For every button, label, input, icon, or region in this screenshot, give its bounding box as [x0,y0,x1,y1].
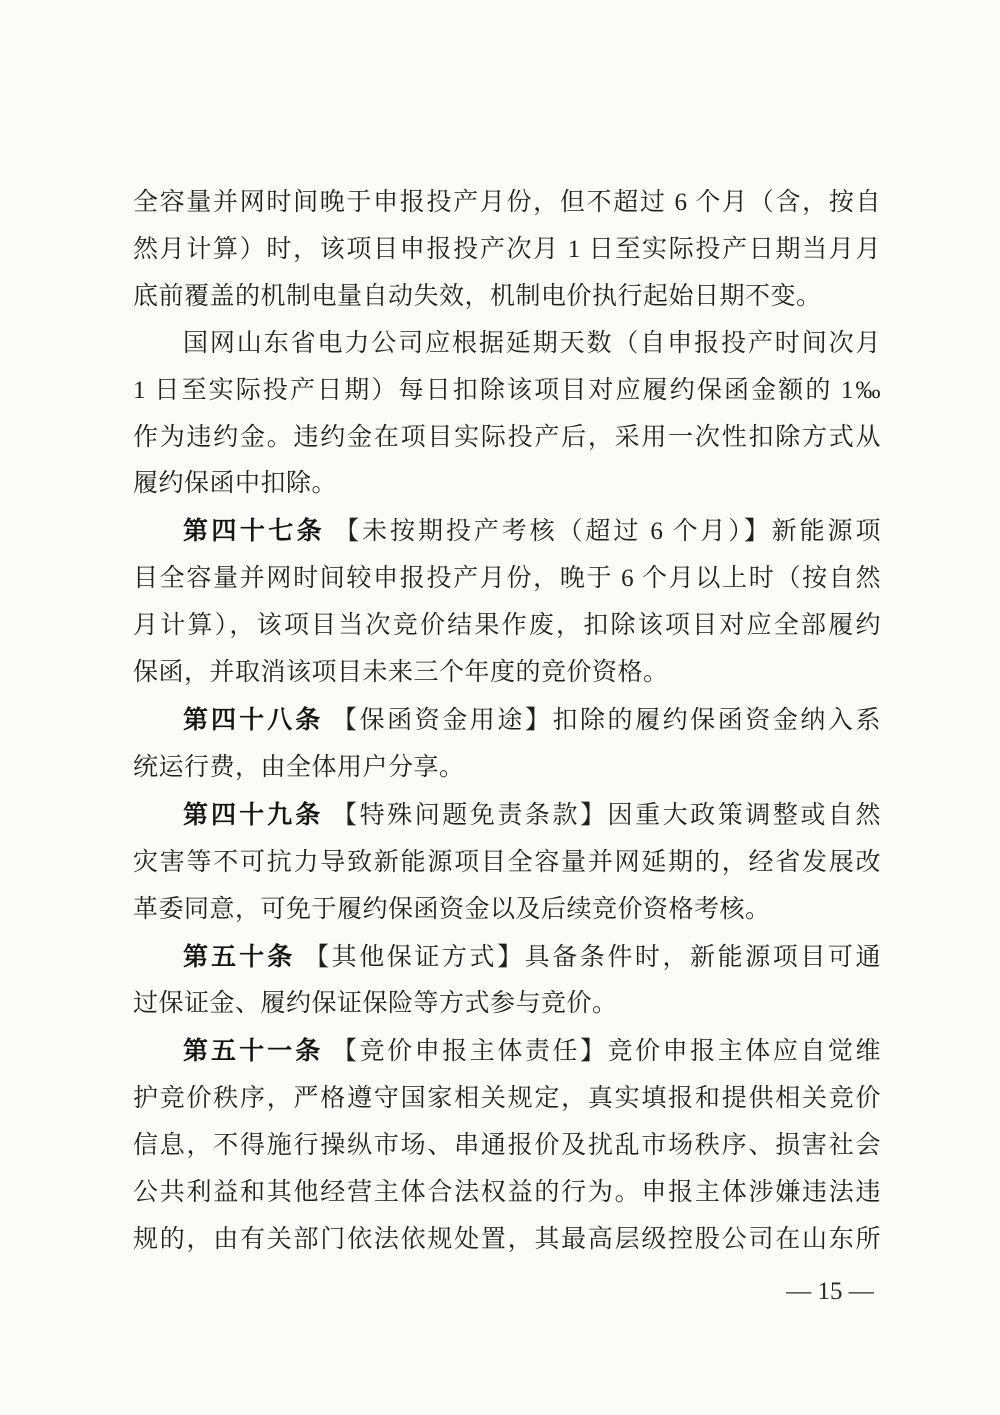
text-segment: 【保函资金用途】扣除的履约保函资金纳入系 [323,707,881,734]
page-number: — 15 — [786,1278,874,1305]
paragraph: 国网山东省电力公司应根据延期天数（自申报投产时间次月1 日至实际投产日期）每日扣… [133,321,881,509]
page-footer: — 15 — [770,1276,890,1308]
text-segment: 【未按期投产考核（超过 6 个月）】新能源项 [325,518,881,545]
text-segment: 底前覆盖的机制电量自动失效，机制电价执行起始日期不变。 [133,283,822,310]
text-line: 第四十九条 【特殊问题免责条款】因重大政策调整或自然 [133,792,881,840]
text-segment: 规的，由有关部门依法依规处置，其最高层级控股公司在山东所 [133,1226,881,1253]
text-segment: 目全容量并网时间较申报投产月份，晚于 6 个月以上时（按自然 [133,565,881,592]
text-segment: 公共利益和其他经营主体合法权益的行为。申报主体涉嫌违法违 [133,1179,881,1206]
text-line: 第四十七条 【未按期投产考核（超过 6 个月）】新能源项 [133,508,881,556]
document-body: 全容量并网时间晚于申报投产月份，但不超过 6 个月（含，按自然月计算）时，该项目… [133,180,881,1264]
text-line: 目全容量并网时间较申报投产月份，晚于 6 个月以上时（按自然 [133,556,881,603]
text-line: 然月计算）时，该项目申报投产次月 1 日至实际投产日期当月月 [133,227,881,274]
text-line: 护竞价秩序，严格遵守国家相关规定，真实填报和提供相关竞价 [133,1076,881,1123]
text-line: 底前覆盖的机制电量自动失效，机制电价执行起始日期不变。 [133,274,881,321]
article-number: 第五十一条 [183,1037,323,1065]
paragraph: 第四十八条 【保函资金用途】扣除的履约保函资金纳入系统运行费，由全体用户分享。 [133,697,881,792]
text-segment: 【特殊问题免责条款】因重大政策调整或自然 [323,802,881,829]
text-line: 第五十条 【其他保证方式】具备条件时，新能源项目可通 [133,934,881,982]
text-segment: 过保证金、履约保证保险等方式参与竞价。 [133,990,618,1017]
text-segment: 信息，不得施行操纵市场、串通报价及扰乱市场秩序、损害社会 [133,1132,881,1159]
text-segment: 履约保函中扣除。 [133,470,337,497]
text-segment: 作为违约金。违约金在项目实际投产后，采用一次性扣除方式从 [133,424,881,451]
text-line: 第五十一条 【竞价申报主体责任】竞价申报主体应自觉维 [133,1028,881,1076]
text-line: 统运行费，由全体用户分享。 [133,745,881,792]
text-line: 月计算），该项目当次竞价结果作废，扣除该项目对应全部履约 [133,603,881,650]
paragraph: 第四十九条 【特殊问题免责条款】因重大政策调整或自然灾害等不可抗力导致新能源项目… [133,792,881,934]
paragraph: 第五十一条 【竞价申报主体责任】竞价申报主体应自觉维护竞价秩序，严格遵守国家相关… [133,1028,881,1264]
text-line: 革委同意，可免于履约保函资金以及后续竞价资格考核。 [133,887,881,934]
text-segment: 月计算），该项目当次竞价结果作废，扣除该项目对应全部履约 [133,612,881,639]
paragraph: 第四十七条 【未按期投产考核（超过 6 个月）】新能源项目全容量并网时间较申报投… [133,508,881,697]
paragraph: 全容量并网时间晚于申报投产月份，但不超过 6 个月（含，按自然月计算）时，该项目… [133,180,881,321]
text-segment: 灾害等不可抗力导致新能源项目全容量并网延期的，经省发展改 [133,849,881,876]
text-line: 过保证金、履约保证保险等方式参与竞价。 [133,981,881,1028]
paragraph: 第五十条 【其他保证方式】具备条件时，新能源项目可通过保证金、履约保证保险等方式… [133,934,881,1029]
text-line: 履约保函中扣除。 [133,461,881,508]
article-number: 第四十八条 [183,706,323,734]
text-line: 信息，不得施行操纵市场、串通报价及扰乱市场秩序、损害社会 [133,1123,881,1170]
text-segment: 统运行费，由全体用户分享。 [133,754,465,781]
text-line: 全容量并网时间晚于申报投产月份，但不超过 6 个月（含，按自 [133,180,881,227]
text-line: 1 日至实际投产日期）每日扣除该项目对应履约保函金额的 1‰ [133,368,881,415]
text-line: 公共利益和其他经营主体合法权益的行为。申报主体涉嫌违法违 [133,1170,881,1217]
text-segment: 国网山东省电力公司应根据延期天数（自申报投产时间次月 [183,330,881,357]
article-number: 第五十条 [183,943,295,971]
text-line: 保函，并取消该项目未来三个年度的竞价资格。 [133,650,881,697]
text-segment: 1 日至实际投产日期）每日扣除该项目对应履约保函金额的 1‰ [133,377,881,404]
text-segment: 【其他保证方式】具备条件时，新能源项目可通 [295,944,881,971]
article-number: 第四十九条 [183,801,323,829]
text-line: 第四十八条 【保函资金用途】扣除的履约保函资金纳入系 [133,697,881,745]
document-page: 全容量并网时间晚于申报投产月份，但不超过 6 个月（含，按自然月计算）时，该项目… [0,0,1000,1415]
text-segment: 保函，并取消该项目未来三个年度的竞价资格。 [133,659,669,686]
text-segment: 【竞价申报主体责任】竞价申报主体应自觉维 [323,1038,881,1065]
text-line: 国网山东省电力公司应根据延期天数（自申报投产时间次月 [133,321,881,368]
text-line: 灾害等不可抗力导致新能源项目全容量并网延期的，经省发展改 [133,840,881,887]
text-line: 作为违约金。违约金在项目实际投产后，采用一次性扣除方式从 [133,415,881,462]
text-segment: 革委同意，可免于履约保函资金以及后续竞价资格考核。 [133,896,771,923]
article-number: 第四十七条 [183,517,325,545]
text-segment: 然月计算）时，该项目申报投产次月 1 日至实际投产日期当月月 [133,236,881,263]
text-segment: 全容量并网时间晚于申报投产月份，但不超过 6 个月（含，按自 [133,189,881,216]
text-line: 规的，由有关部门依法依规处置，其最高层级控股公司在山东所 [133,1217,881,1264]
text-segment: 护竞价秩序，严格遵守国家相关规定，真实填报和提供相关竞价 [133,1085,881,1112]
